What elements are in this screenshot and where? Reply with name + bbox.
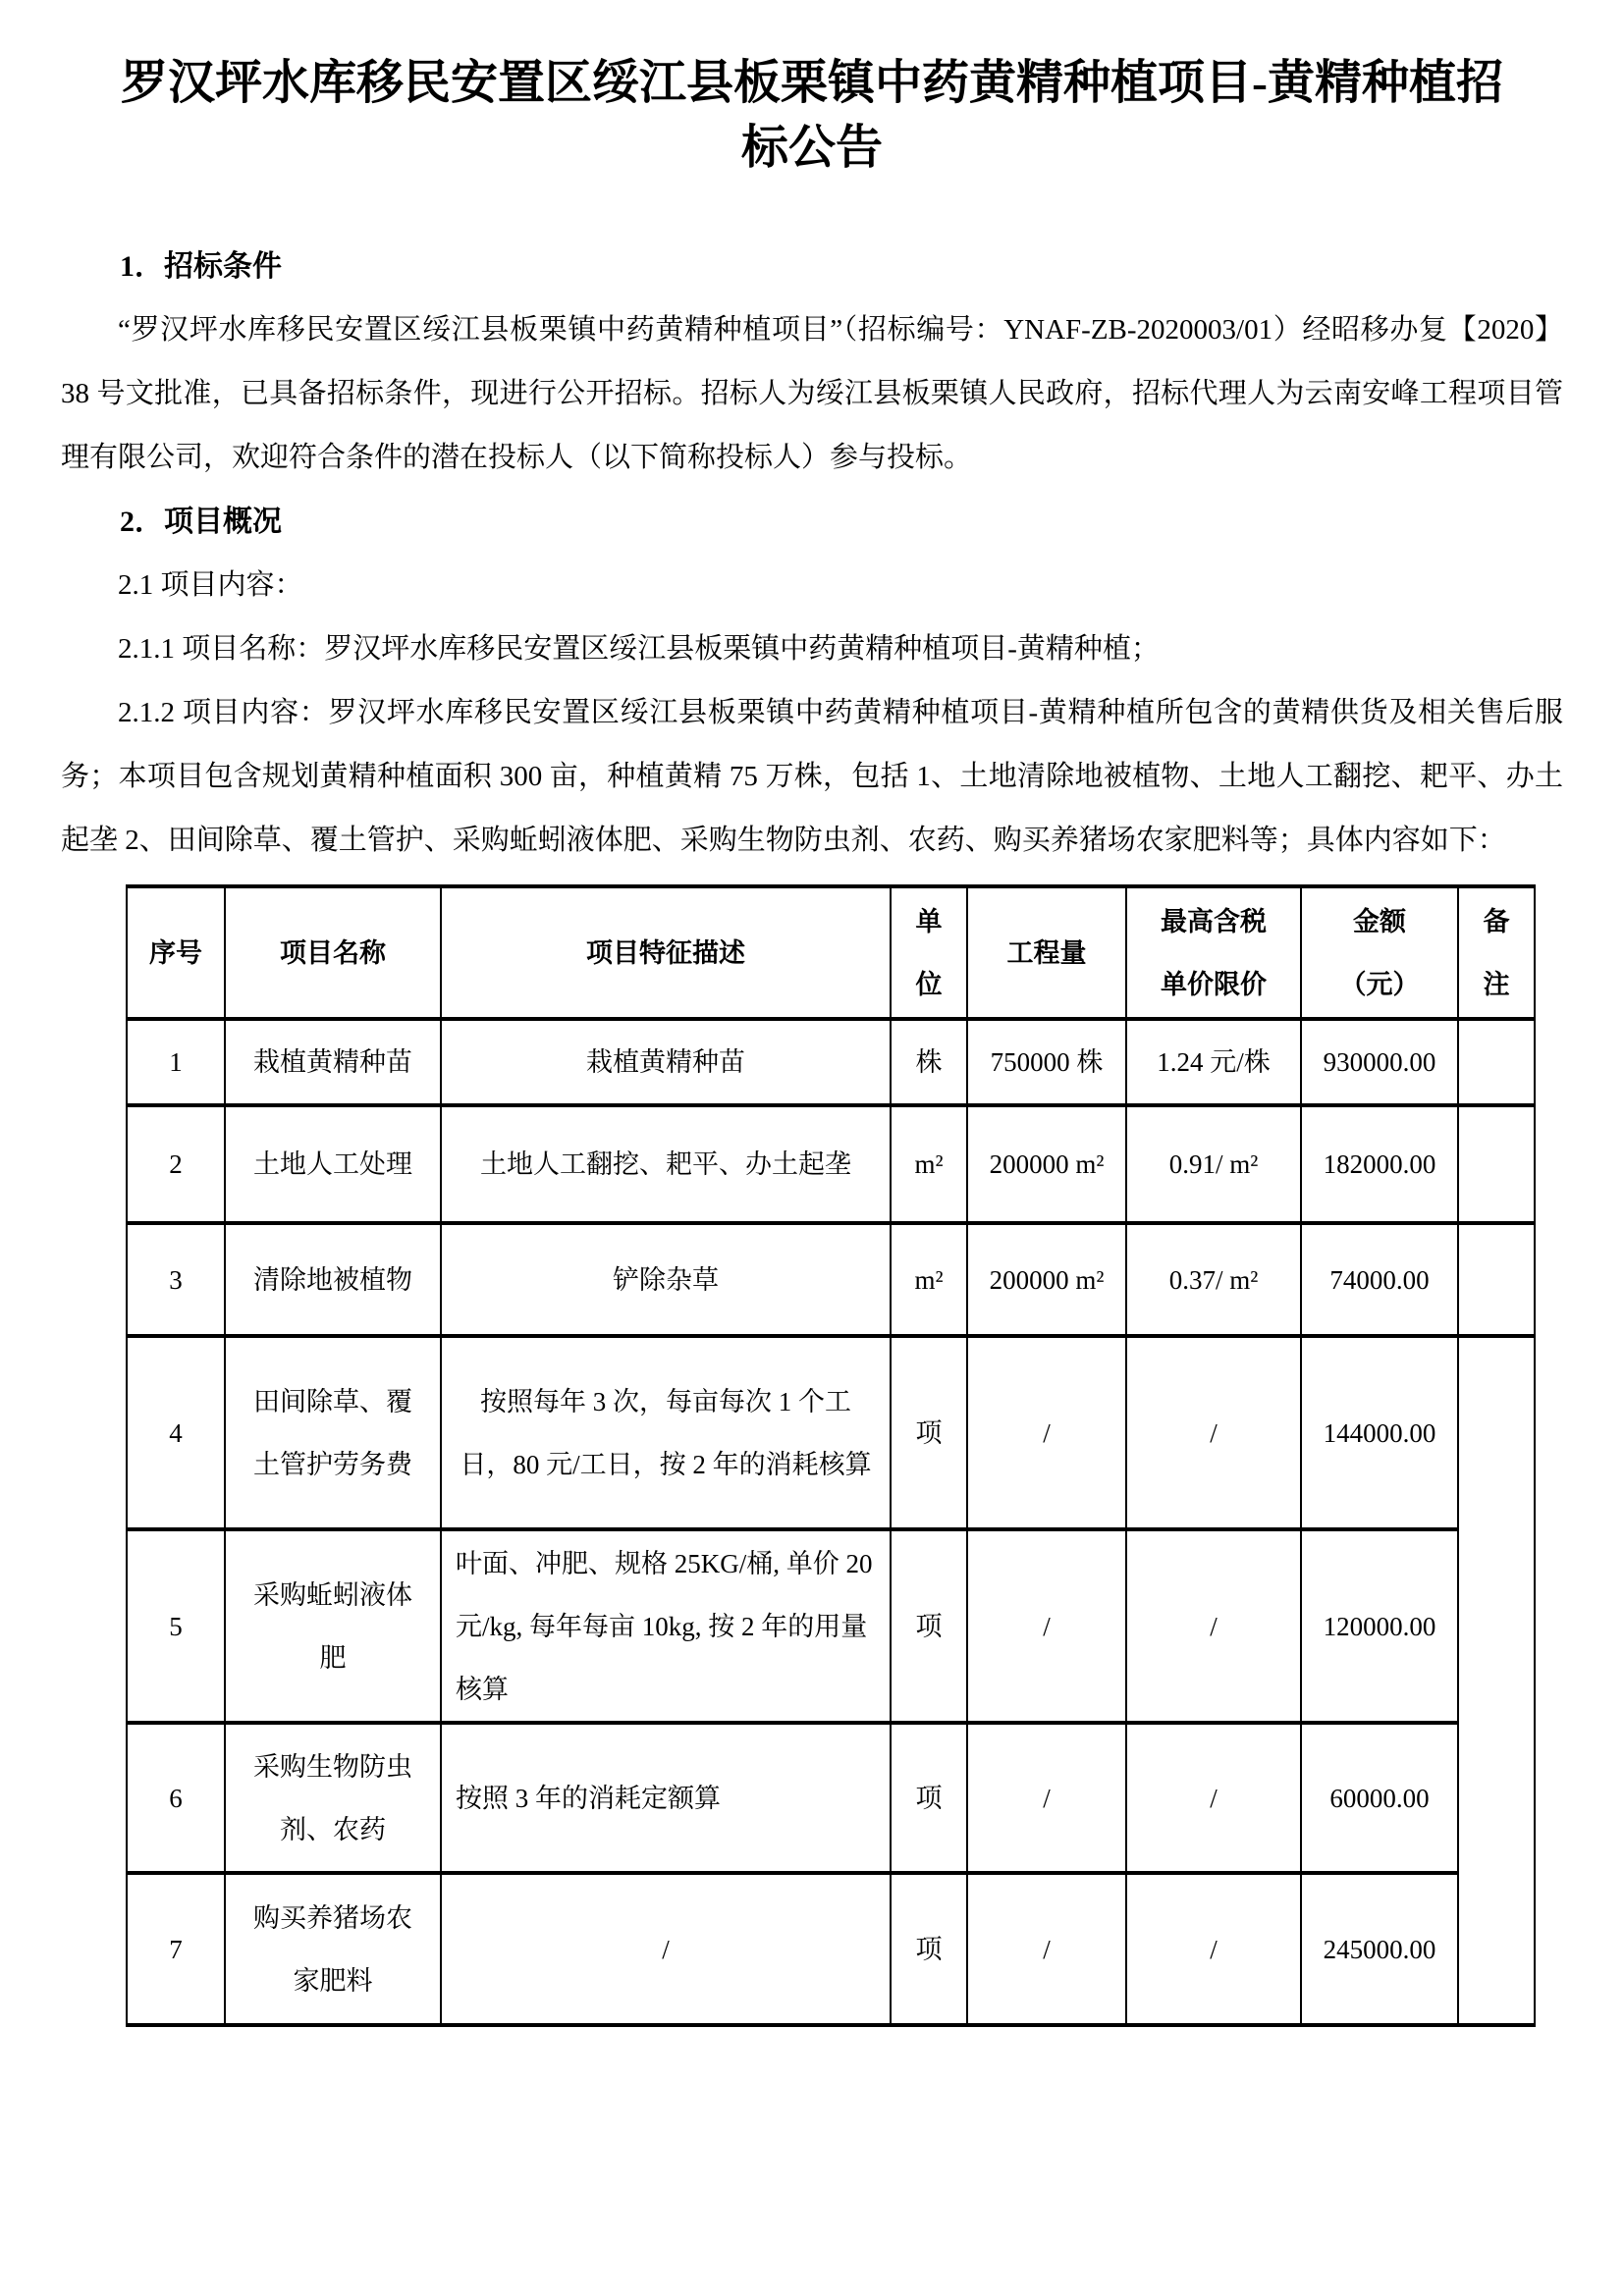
table-row: 2土地人工处理土地人工翻挖、耙平、办土起垄m²200000 m²0.91/ m²… <box>127 1105 1535 1223</box>
cell-remark <box>1458 1019 1535 1105</box>
table-head: 序号项目名称项目特征描述单 位工程量最高含税 单价限价金额 （元）备 注 <box>127 886 1535 1019</box>
cell-price: / <box>1126 1723 1301 1873</box>
cell-unit: 项 <box>891 1723 967 1873</box>
cell-name: 采购蚯蚓液体 肥 <box>225 1529 441 1723</box>
cell-amount: 74000.00 <box>1301 1223 1458 1336</box>
cell-no: 6 <box>127 1723 225 1873</box>
cell-price: 1.24 元/株 <box>1126 1019 1301 1105</box>
cell-name: 采购生物防虫 剂、农药 <box>225 1723 441 1873</box>
cell-no: 2 <box>127 1105 225 1223</box>
cell-unit: m² <box>891 1223 967 1336</box>
cell-unit: 项 <box>891 1873 967 2025</box>
cell-desc: / <box>441 1873 891 2025</box>
cell-price: 0.91/ m² <box>1126 1105 1301 1223</box>
cell-amount: 930000.00 <box>1301 1019 1458 1105</box>
cell-no: 4 <box>127 1336 225 1529</box>
cell-quantity: / <box>967 1529 1126 1723</box>
cell-no: 3 <box>127 1223 225 1336</box>
cell-name: 栽植黄精种苗 <box>225 1019 441 1105</box>
page-title-line-1: 罗汉坪水库移民安置区绥江县板栗镇中药黄精种植项目-黄精种植招 <box>61 51 1563 116</box>
column-header-2: 项目特征描述 <box>441 886 891 1019</box>
table-row: 7购买养猪场农 家肥料/项//245000.00 <box>127 1873 1535 2025</box>
column-header-0: 序号 <box>127 886 225 1019</box>
cell-desc: 按照 3 年的消耗定额算 <box>441 1723 891 1873</box>
cell-remark <box>1458 1105 1535 1223</box>
cell-name: 田间除草、覆 土管护劳务费 <box>225 1336 441 1529</box>
cell-name: 购买养猪场农 家肥料 <box>225 1873 441 2025</box>
table-row: 4田间除草、覆 土管护劳务费按照每年 3 次，每亩每次 1 个工日，80 元/工… <box>127 1336 1535 1529</box>
column-header-7: 备 注 <box>1458 886 1535 1019</box>
column-header-6: 金额 （元） <box>1301 886 1458 1019</box>
cell-price: / <box>1126 1873 1301 2025</box>
cell-remark-merged <box>1458 1336 1535 2025</box>
project-items-table: 序号项目名称项目特征描述单 位工程量最高含税 单价限价金额 （元）备 注 1栽植… <box>126 884 1536 2027</box>
column-header-1: 项目名称 <box>225 886 441 1019</box>
cell-amount: 182000.00 <box>1301 1105 1458 1223</box>
bid-conditions-paragraph: “罗汉坪水库移民安置区绥江县板栗镇中药黄精种植项目”（招标编号：YNAF-ZB-… <box>61 298 1563 490</box>
cell-quantity: 750000 株 <box>967 1019 1126 1105</box>
cell-no: 5 <box>127 1529 225 1723</box>
table-row: 1栽植黄精种苗栽植黄精种苗株750000 株1.24 元/株930000.00 <box>127 1019 1535 1105</box>
cell-desc: 按照每年 3 次，每亩每次 1 个工日，80 元/工日，按 2 年的消耗核算 <box>441 1336 891 1529</box>
cell-quantity: 200000 m² <box>967 1223 1126 1336</box>
cell-no: 1 <box>127 1019 225 1105</box>
table-row: 6采购生物防虫 剂、农药按照 3 年的消耗定额算项//60000.00 <box>127 1723 1535 1873</box>
project-content-label: 2.1 项目内容： <box>61 554 1563 617</box>
column-header-4: 工程量 <box>967 886 1126 1019</box>
section-1-heading: 1．招标条件 <box>61 235 1563 298</box>
section-2-heading: 2．项目概况 <box>61 490 1563 554</box>
table-header-row: 序号项目名称项目特征描述单 位工程量最高含税 单价限价金额 （元）备 注 <box>127 886 1535 1019</box>
project-content-paragraph: 2.1.2 项目内容：罗汉坪水库移民安置区绥江县板栗镇中药黄精种植项目-黄精种植… <box>61 681 1563 873</box>
cell-amount: 120000.00 <box>1301 1529 1458 1723</box>
cell-desc: 土地人工翻挖、耙平、办土起垄 <box>441 1105 891 1223</box>
cell-amount: 245000.00 <box>1301 1873 1458 2025</box>
cell-no: 7 <box>127 1873 225 2025</box>
table-row: 5采购蚯蚓液体 肥叶面、冲肥、规格 25KG/桶, 单价 20 元/kg, 每年… <box>127 1529 1535 1723</box>
cell-amount: 144000.00 <box>1301 1336 1458 1529</box>
table-row: 3清除地被植物铲除杂草m²200000 m²0.37/ m²74000.00 <box>127 1223 1535 1336</box>
project-name-paragraph: 2.1.1 项目名称：罗汉坪水库移民安置区绥江县板栗镇中药黄精种植项目-黄精种植… <box>61 617 1563 681</box>
cell-desc: 栽植黄精种苗 <box>441 1019 891 1105</box>
cell-remark <box>1458 1223 1535 1336</box>
cell-name: 土地人工处理 <box>225 1105 441 1223</box>
cell-quantity: / <box>967 1873 1126 2025</box>
cell-price: / <box>1126 1529 1301 1723</box>
cell-price: / <box>1126 1336 1301 1529</box>
page-title: 罗汉坪水库移民安置区绥江县板栗镇中药黄精种植项目-黄精种植招 标公告 <box>61 51 1563 181</box>
cell-unit: 项 <box>891 1336 967 1529</box>
cell-desc: 叶面、冲肥、规格 25KG/桶, 单价 20 元/kg, 每年每亩 10kg, … <box>441 1529 891 1723</box>
cell-unit: m² <box>891 1105 967 1223</box>
cell-desc: 铲除杂草 <box>441 1223 891 1336</box>
table-body: 1栽植黄精种苗栽植黄精种苗株750000 株1.24 元/株930000.002… <box>127 1019 1535 2025</box>
cell-name: 清除地被植物 <box>225 1223 441 1336</box>
cell-quantity: / <box>967 1336 1126 1529</box>
document-page: 罗汉坪水库移民安置区绥江县板栗镇中药黄精种植项目-黄精种植招 标公告 1．招标条… <box>0 0 1624 2296</box>
column-header-3: 单 位 <box>891 886 967 1019</box>
column-header-5: 最高含税 单价限价 <box>1126 886 1301 1019</box>
cell-amount: 60000.00 <box>1301 1723 1458 1873</box>
cell-unit: 项 <box>891 1529 967 1723</box>
page-title-line-2: 标公告 <box>61 116 1563 181</box>
cell-price: 0.37/ m² <box>1126 1223 1301 1336</box>
cell-unit: 株 <box>891 1019 967 1105</box>
cell-quantity: / <box>967 1723 1126 1873</box>
cell-quantity: 200000 m² <box>967 1105 1126 1223</box>
